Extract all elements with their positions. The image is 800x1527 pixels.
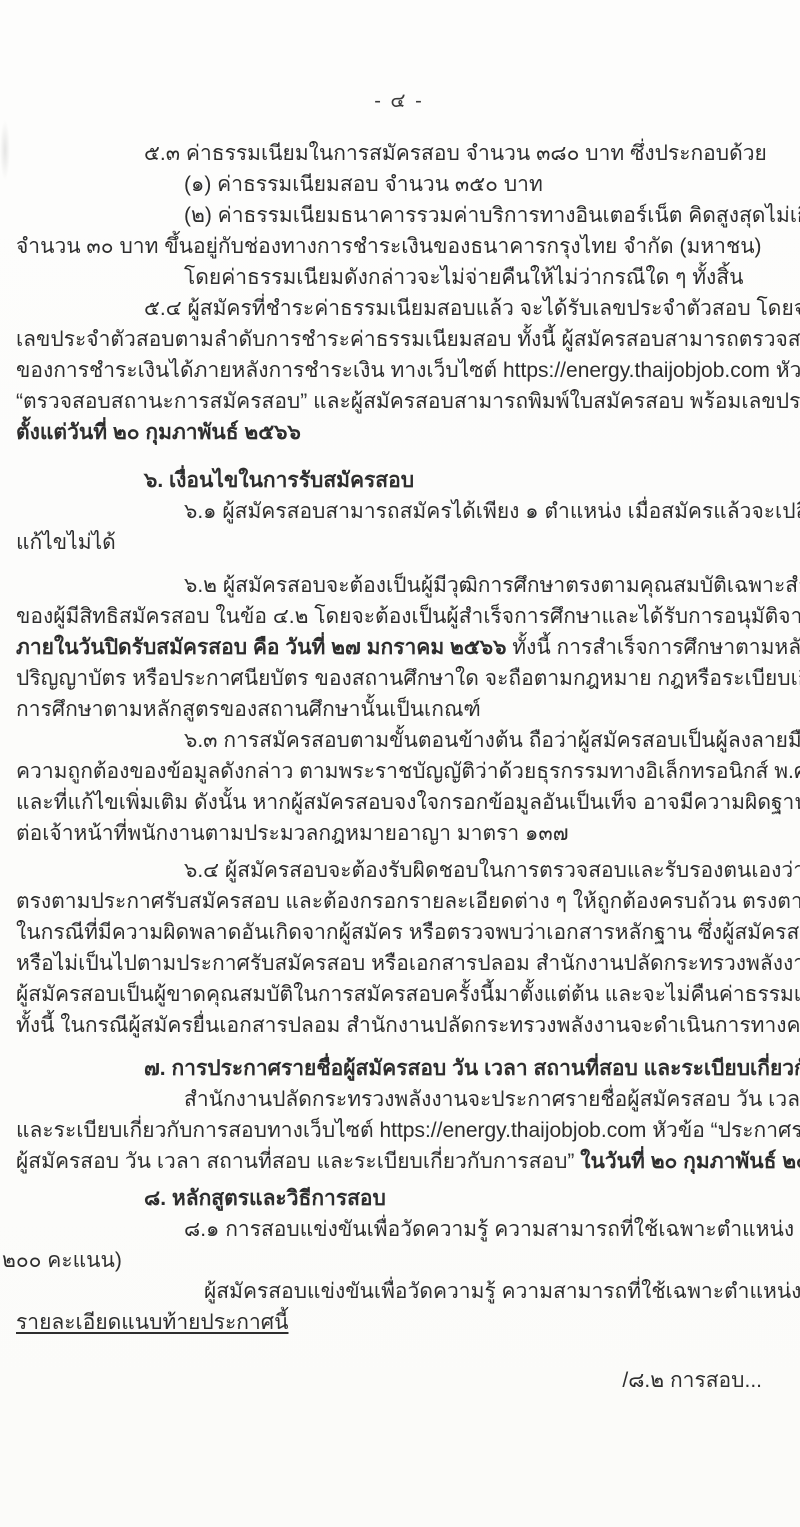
doc-text: ผู้สมัครสอบแข่งขันเพื่อวัดความรู้ ความสา… xyxy=(204,1280,800,1303)
doc-text: ผู้สมัครสอบ วัน เวลา สถานที่สอบ และระเบี… xyxy=(16,1150,574,1173)
doc-line: ผู้สมัครสอบ วัน เวลา สถานที่สอบ และระเบี… xyxy=(16,1146,782,1177)
section-heading-8: ๘. หลักสูตรและวิธีการสอบ xyxy=(16,1183,782,1214)
doc-line: การศึกษาตามหลักสูตรของสถานศึกษานั้นเป็นเ… xyxy=(16,694,782,725)
doc-line: สำนักงานปลัดกระทรวงพลังงานจะประกาศรายชื่… xyxy=(16,1084,782,1115)
doc-line: ทั้งนี้ ในกรณีผู้สมัครยื่นเอกสารปลอม สำน… xyxy=(16,1010,782,1041)
doc-line: ต่อเจ้าหน้าที่พนักงานตามประมวลกฎหมายอาญา… xyxy=(16,818,782,849)
doc-line: ๕.๓ ค่าธรรมเนียมในการสมัครสอบ จำนวน ๓๘๐ … xyxy=(16,138,782,169)
doc-line: ๖.๔ ผู้สมัครสอบจะต้องรับผิดชอบในการตรวจส… xyxy=(16,855,782,886)
section-heading-7: ๗. การประกาศรายชื่อผู้สมัครสอบ วัน เวลา … xyxy=(16,1053,782,1084)
doc-text: ทั้งนี้ การสำเร็จการศึกษาตามหลักสูตรขั้น xyxy=(506,636,800,659)
doc-line: จำนวน ๓๐ บาท ขึ้นอยู่กับช่องทางการชำระเง… xyxy=(16,231,782,262)
doc-line: ความถูกต้องของข้อมูลดังกล่าว ตามพระราชบั… xyxy=(16,756,782,787)
doc-line-bold-date: ตั้งแต่วันที่ ๒๐ กุมภาพันธ์ ๒๕๖๖ xyxy=(16,417,782,448)
doc-line: เลขประจำตัวสอบตามลำดับการชำระค่าธรรมเนีย… xyxy=(16,324,782,355)
doc-line: ๕.๔ ผู้สมัครที่ชำระค่าธรรมเนียมสอบแล้ว จ… xyxy=(16,293,782,324)
doc-line-underlined: รายละเอียดแนบท้ายประกาศนี้ xyxy=(16,1307,782,1338)
bold-date-text: ในวันที่ ๒๐ กุมภาพันธ์ ๒๕๖๖ xyxy=(574,1150,800,1173)
doc-line: ๘.๑ การสอบแข่งขันเพื่อวัดความรู้ ความสาม… xyxy=(16,1214,782,1245)
doc-line: ตรงตามประกาศรับสมัครสอบ และต้องกรอกรายละ… xyxy=(16,886,782,917)
continuation-marker: /๘.๒ การสอบ... xyxy=(16,1365,782,1396)
doc-line: ผู้สมัครสอบเป็นผู้ขาดคุณสมบัติในการสมัคร… xyxy=(16,979,782,1010)
bold-deadline-text: ภายในวันปิดรับสมัครสอบ คือ วันที่ ๒๗ มกร… xyxy=(16,636,506,659)
doc-line: ๒๐๐ คะแนน) xyxy=(2,1245,782,1276)
doc-line: ของผู้มีสิทธิสมัครสอบ ในข้อ ๔.๒ โดยจะต้อ… xyxy=(16,601,782,632)
doc-line: “ตรวจสอบสถานะการสมัครสอบ” และผู้สมัครสอบ… xyxy=(16,386,782,417)
doc-line: (๒) ค่าธรรมเนียมธนาคารรวมค่าบริการทางอิน… xyxy=(16,200,782,231)
doc-line: ๖.๒ ผู้สมัครสอบจะต้องเป็นผู้มีวุฒิการศึก… xyxy=(16,570,782,601)
doc-line: และที่แก้ไขเพิ่มเติม ดังนั้น หากผู้สมัคร… xyxy=(16,787,782,818)
doc-line: และระเบียบเกี่ยวกับการสอบทางเว็บไซต์ htt… xyxy=(16,1115,782,1146)
document-content: - ๔ - ๕.๓ ค่าธรรมเนียมในการสมัครสอบ จำนว… xyxy=(0,0,800,1396)
scanned-document-page: - ๔ - ๕.๓ ค่าธรรมเนียมในการสมัครสอบ จำนว… xyxy=(0,0,800,1527)
doc-line: ภายในวันปิดรับสมัครสอบ คือ วันที่ ๒๗ มกร… xyxy=(16,632,782,663)
doc-line: หรือไม่เป็นไปตามประกาศรับสมัครสอบ หรือเอ… xyxy=(16,948,782,979)
doc-line: ของการชำระเงินได้ภายหลังการชำระเงิน ทางเ… xyxy=(16,355,782,386)
scan-artifact xyxy=(0,120,10,180)
doc-line: ปริญญาบัตร หรือประกาศนียบัตร ของสถานศึกษ… xyxy=(16,663,782,694)
page-number: - ๔ - xyxy=(16,84,782,116)
doc-line: ผู้สมัครสอบแข่งขันเพื่อวัดความรู้ ความสา… xyxy=(16,1276,782,1307)
section-heading-6: ๖. เงื่อนไขในการรับสมัครสอบ xyxy=(16,465,782,496)
doc-line: ในกรณีที่มีความผิดพลาดอันเกิดจากผู้สมัคร… xyxy=(16,917,782,948)
doc-line: ๖.๓ การสมัครสอบตามขั้นตอนข้างต้น ถือว่าผ… xyxy=(16,725,782,756)
doc-line: แก้ไขไม่ได้ xyxy=(16,527,782,558)
doc-line: (๑) ค่าธรรมเนียมสอบ จำนวน ๓๕๐ บาท xyxy=(16,169,782,200)
doc-line: ๖.๑ ผู้สมัครสอบสามารถสมัครได้เพียง ๑ ตำแ… xyxy=(16,496,782,527)
doc-line: โดยค่าธรรมเนียมดังกล่าวจะไม่จ่ายคืนให้ไม… xyxy=(16,262,782,293)
